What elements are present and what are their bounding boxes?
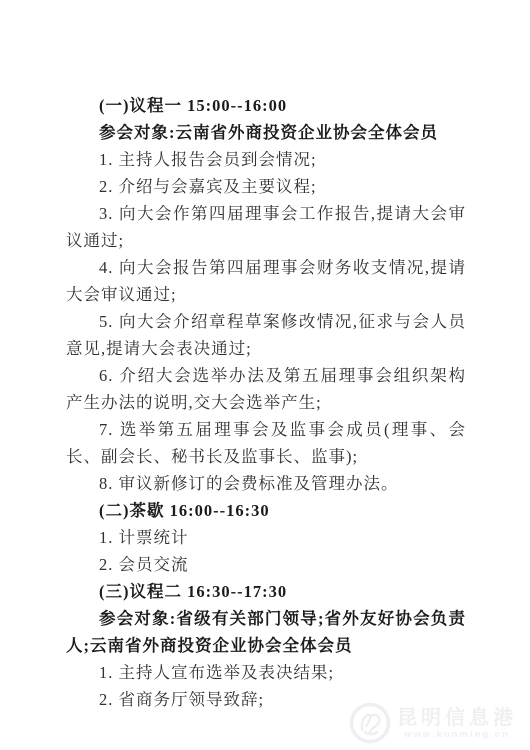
watermark-text: 昆明信息港 www.kunming.cn	[397, 707, 517, 740]
agenda-item: 1. 计票统计	[66, 524, 466, 551]
agenda-item: 6. 介绍大会选举办法及第五届理事会组织架构产生办法的说明,交大会选举产生;	[66, 362, 466, 416]
agenda-item: 3. 向大会作第四届理事会工作报告,提请大会审议通过;	[66, 200, 466, 254]
agenda-item: 1. 主持人宣布选举及表决结果;	[66, 659, 466, 686]
watermark-site-url: www.kunming.cn	[404, 729, 510, 740]
agenda-item: 5. 向大会介绍章程草案修改情况,征求与会人员意见,提请大会表决通过;	[66, 308, 466, 362]
agenda-item: 1. 主持人报告会员到会情况;	[66, 146, 466, 173]
agenda-item: 8. 审议新修订的会费标准及管理办法。	[66, 470, 466, 497]
document-page: (一)议程一 15:00--16:00参会对象:云南省外商投资企业协会全体会员1…	[0, 0, 530, 750]
agenda-document: (一)议程一 15:00--16:00参会对象:云南省外商投资企业协会全体会员1…	[66, 92, 466, 713]
agenda-item: 2. 会员交流	[66, 551, 466, 578]
kunming-logo-icon	[349, 702, 391, 744]
agenda-item: 4. 向大会报告第四届理事会财务收支情况,提请大会审议通过;	[66, 254, 466, 308]
agenda-heading: 参会对象:云南省外商投资企业协会全体会员	[66, 119, 466, 146]
agenda-heading: (三)议程二 16:30--17:30	[66, 578, 466, 605]
agenda-item: 2. 介绍与会嘉宾及主要议程;	[66, 173, 466, 200]
agenda-heading: (一)议程一 15:00--16:00	[66, 92, 466, 119]
agenda-item: 7. 选举第五届理事会及监事会成员(理事、会长、副会长、秘书长及监事长、监事);	[66, 416, 466, 470]
agenda-heading: (二)茶歇 16:00--16:30	[66, 497, 466, 524]
agenda-heading: 参会对象:省级有关部门领导;省外友好协会负责人;云南省外商投资企业协会全体会员	[66, 605, 466, 659]
site-watermark: 昆明信息港 www.kunming.cn	[349, 702, 517, 744]
watermark-site-name: 昆明信息港	[397, 707, 517, 729]
